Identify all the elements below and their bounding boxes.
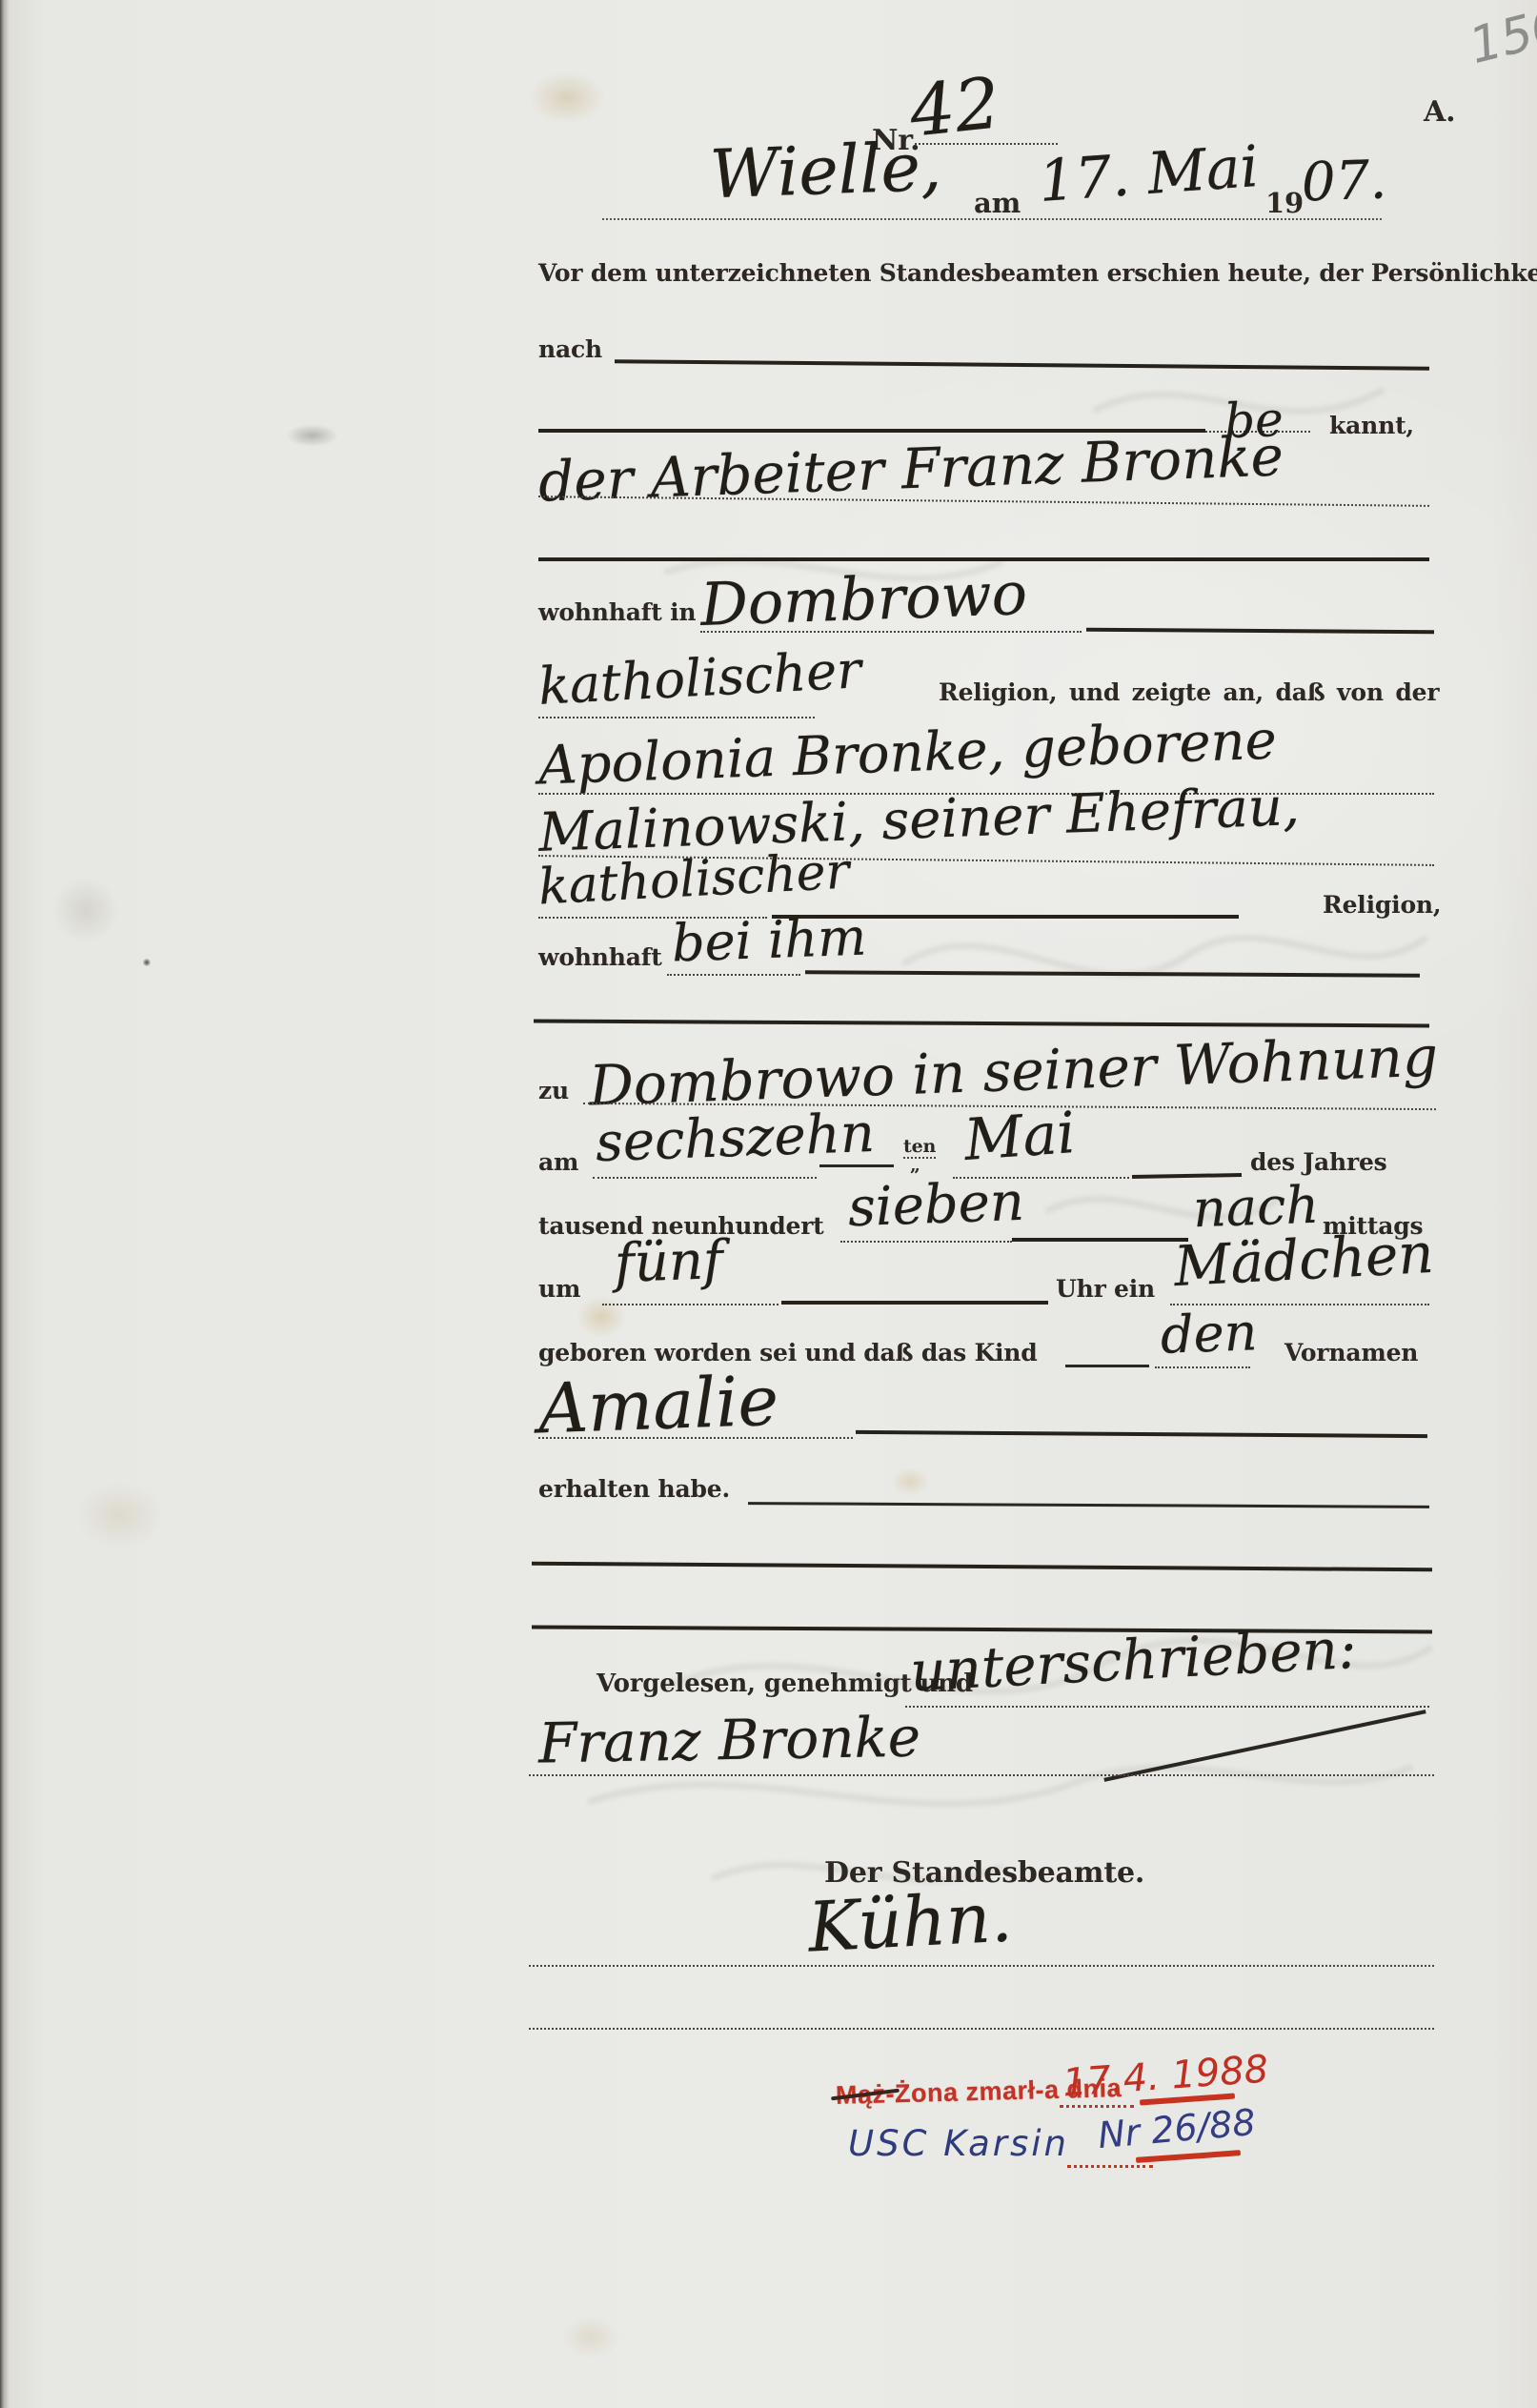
- declarant-signature: Franz Bronke: [537, 1705, 920, 1776]
- paper-stain: [52, 877, 119, 943]
- scan-left-edge: [0, 0, 10, 2408]
- des-jahres-label: des Jahres: [1250, 1148, 1387, 1176]
- geboren-label: geboren worden sei und daß das Kind: [538, 1339, 1038, 1366]
- paper-stain: [576, 1296, 626, 1338]
- religion1-label: Religion, und zeigte an, daß von der: [939, 678, 1439, 706]
- date-day-month: 17. Mai: [1037, 133, 1261, 215]
- am-label-birth: am: [538, 1148, 578, 1176]
- section-line: [534, 1020, 1429, 1028]
- year-hand: 07.: [1301, 149, 1387, 213]
- paper-stain: [143, 959, 151, 966]
- blank-line: [615, 359, 1429, 370]
- zu-label: zu: [538, 1077, 569, 1104]
- religion1-underline: [538, 717, 815, 718]
- birth-day-value: sechszehn: [595, 1103, 876, 1174]
- kind-dash: [1065, 1365, 1149, 1367]
- wohnhaft-line-solid: [805, 970, 1420, 977]
- am-label-header: am: [974, 187, 1021, 219]
- birth-year-value: sieben: [847, 1171, 1025, 1239]
- religion2-label: Religion,: [1323, 891, 1441, 919]
- nach-label: nach: [538, 335, 602, 363]
- um-label: um: [538, 1275, 580, 1303]
- stamp-date-dotted-underline: [1060, 2092, 1134, 2108]
- hour-underline: [602, 1304, 779, 1305]
- child-name-value: Amalie: [537, 1361, 780, 1449]
- residence-value: Dombrowo: [699, 558, 1028, 639]
- kannt-label: kannt,: [1329, 412, 1414, 439]
- erhalten-label: erhalten habe.: [538, 1475, 730, 1503]
- erhalten-line: [748, 1502, 1429, 1508]
- wohnhaft-value: bei ihm: [671, 906, 867, 973]
- birth-month-value: Mai: [962, 1100, 1078, 1174]
- hour-value: fünf: [614, 1229, 724, 1295]
- paper-stain: [529, 71, 605, 124]
- signature-flourish: [1103, 1710, 1426, 1782]
- place-value: Wielle,: [709, 128, 943, 213]
- birth-day-underline: [593, 1177, 817, 1179]
- signature-underline: [529, 1774, 1434, 1776]
- hour-line-solid: [781, 1301, 1048, 1305]
- birth-day-dash: [819, 1164, 894, 1167]
- birth-year-line-solid: [1012, 1238, 1188, 1242]
- intro-line: Vor dem unterzeichneten Standesbeamten e…: [538, 259, 1537, 287]
- registrar-underline: [529, 1965, 1434, 1967]
- religion1-value: katholischer: [537, 639, 863, 717]
- bottom-dotted-line: [529, 2028, 1434, 2030]
- reference-value: Nr 26/88: [1096, 2101, 1257, 2156]
- child-name-underline: [538, 1437, 853, 1439]
- paper-stain: [562, 2316, 619, 2358]
- child-name-line-solid: [856, 1430, 1427, 1438]
- paper-stain: [76, 1482, 162, 1548]
- den-value: den: [1160, 1302, 1258, 1365]
- birth-year-underline: [840, 1241, 1012, 1243]
- blank-section-line: [532, 1562, 1432, 1572]
- pencil-page-number: 150: [1464, 0, 1537, 75]
- paper-stain: [891, 1467, 929, 1496]
- uhr-ein-label: Uhr ein: [1056, 1275, 1155, 1303]
- year-print: 19: [1265, 187, 1304, 219]
- residence-line-solid: [1086, 628, 1434, 635]
- form-letter: A.: [1424, 95, 1455, 129]
- office-value: USC Karsin: [848, 2123, 1069, 2164]
- residence-underline: [700, 631, 1082, 633]
- place-date-underline: [602, 218, 1382, 220]
- vornamen-label: Vornamen: [1284, 1339, 1418, 1366]
- scanned-birth-record-page: 150 A. Nr. 42 Wielle, am 17. Mai 19 07. …: [0, 0, 1537, 2408]
- unterschrieben-underline: [905, 1706, 1429, 1708]
- wohnhaft-label: wohnhaft: [538, 943, 662, 971]
- wohnhaft-underline: [667, 974, 800, 976]
- wohnhaft-in-label: wohnhaft in: [538, 598, 696, 626]
- sex-value: Mädchen: [1172, 1221, 1435, 1299]
- den-underline: [1155, 1366, 1250, 1368]
- registrar-signature: Kühn.: [806, 1876, 1014, 1967]
- paper-stain: [286, 424, 338, 447]
- ten-mark: „: [910, 1155, 920, 1176]
